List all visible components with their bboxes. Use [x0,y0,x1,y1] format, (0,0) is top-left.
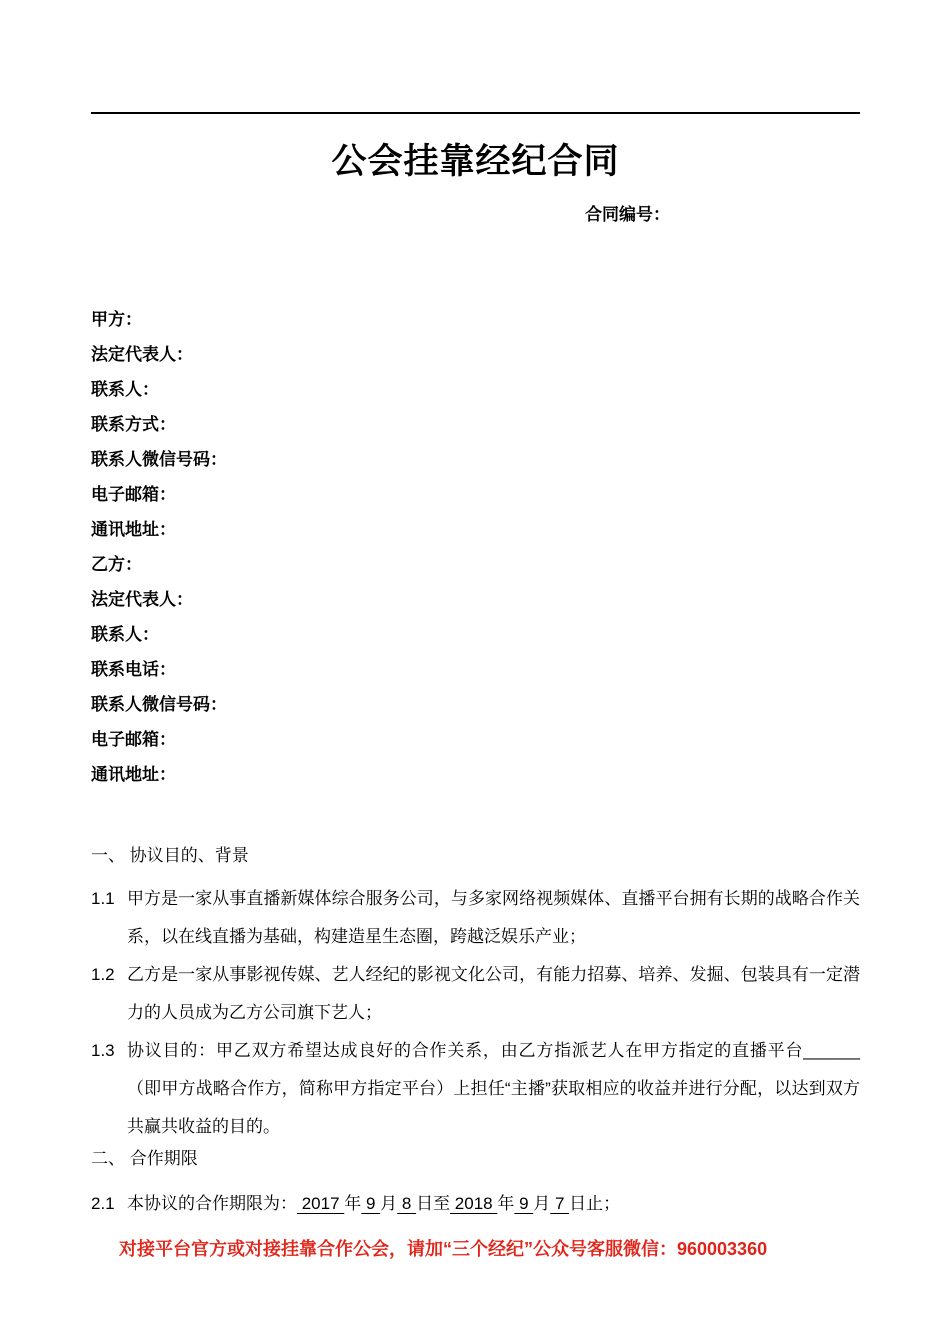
clause-2-1-number: 2.1 [91,1185,127,1223]
clause-2-1-seg-2: 年 [344,1194,361,1213]
clause-2-1-start-day-blank: 8 [397,1194,416,1213]
field-party-b-address: 通讯地址： [91,757,860,792]
field-party-b-phone: 联系电话： [91,652,860,687]
clause-1-3-text: 协议目的：甲乙双方希望达成良好的合作关系，由乙方指派艺人在甲方指定的直播平台__… [127,1032,860,1146]
clause-1-2: 1.2 乙方是一家从事影视传媒、艺人经纪的影视文化公司，有能力招募、培养、发掘、… [91,956,860,1032]
clause-2-1-seg-6: 日至 [416,1194,450,1213]
party-fields: 甲方： 法定代表人： 联系人： 联系方式： 联系人微信号码： 电子邮箱： 通讯地… [91,302,860,792]
field-party-b-email: 电子邮箱： [91,722,860,757]
clause-2-1-seg-0: 本协议的合作期限为： [127,1194,297,1213]
clause-1-3-number: 1.3 [91,1032,127,1146]
contract-number-label: 合同编号： [585,204,860,226]
clause-2-1-start-year-blank: 2017 [297,1194,344,1213]
clause-2-1-seg-10: 月 [533,1194,550,1213]
field-party-a-wechat: 联系人微信号码： [91,442,860,477]
section-1-heading: 一、 协议目的、背景 [91,843,860,869]
clause-1-3-blank-line: ______ [803,1041,860,1060]
field-party-b-legal-rep: 法定代表人： [91,582,860,617]
field-party-a: 甲方： [91,302,860,337]
clause-2-1-seg-4: 月 [380,1194,397,1213]
field-party-b-contact: 联系人： [91,617,860,652]
clause-2-1-seg-12: 日止； [569,1194,620,1213]
clause-1-1-number: 1.1 [91,880,127,956]
field-party-b: 乙方： [91,547,860,582]
field-party-a-address: 通讯地址： [91,512,860,547]
document-title: 公会挂靠经纪合同 [91,138,860,186]
clause-2-1-end-year-blank: 2018 [450,1194,497,1213]
clause-1-2-number: 1.2 [91,956,127,1032]
field-party-a-contact: 联系人： [91,372,860,407]
clause-1-3-text-after-blank: （即甲方战略合作方，简称甲方指定平台）上担任“主播”获取相应的收益并进行分配，以… [127,1079,860,1136]
field-party-a-legal-rep: 法定代表人： [91,337,860,372]
clause-2-1-start-month-blank: 9 [361,1194,380,1213]
clause-2-1-end-day-blank: 7 [550,1194,569,1213]
clause-2-1-end-month-blank: 9 [514,1194,533,1213]
clause-1-3: 1.3 协议目的：甲乙双方希望达成良好的合作关系，由乙方指派艺人在甲方指定的直播… [91,1032,860,1146]
section-2-heading: 二、 合作期限 [91,1146,860,1172]
clause-2-1-text: 本协议的合作期限为： 2017 年 9 月 8 日至 2018 年 9 月 7 … [127,1185,860,1223]
field-party-b-wechat: 联系人微信号码： [91,687,860,722]
clause-2-1-seg-8: 年 [497,1194,514,1213]
clause-1-2-text: 乙方是一家从事影视传媒、艺人经纪的影视文化公司，有能力招募、培养、发掘、包装具有… [127,956,860,1032]
contract-document-page: 公会挂靠经纪合同 合同编号： 甲方： 法定代表人： 联系人： 联系方式： 联系人… [0,0,950,1344]
clause-2-1: 2.1 本协议的合作期限为： 2017 年 9 月 8 日至 2018 年 9 … [91,1185,860,1223]
field-party-a-email: 电子邮箱： [91,477,860,512]
clause-1-1-text: 甲方是一家从事直播新媒体综合服务公司，与多家网络视频媒体、直播平台拥有长期的战略… [127,880,860,956]
field-party-a-contact-method: 联系方式： [91,407,860,442]
header-divider [91,112,860,114]
clause-1-1: 1.1 甲方是一家从事直播新媒体综合服务公司，与多家网络视频媒体、直播平台拥有长… [91,880,860,956]
customer-service-notice: 对接平台官方或对接挂靠合作公会，请加“三个经纪”公众号客服微信：96000336… [119,1237,860,1261]
clause-1-3-text-before-blank: 协议目的：甲乙双方希望达成良好的合作关系，由乙方指派艺人在甲方指定的直播平台 [127,1041,803,1060]
